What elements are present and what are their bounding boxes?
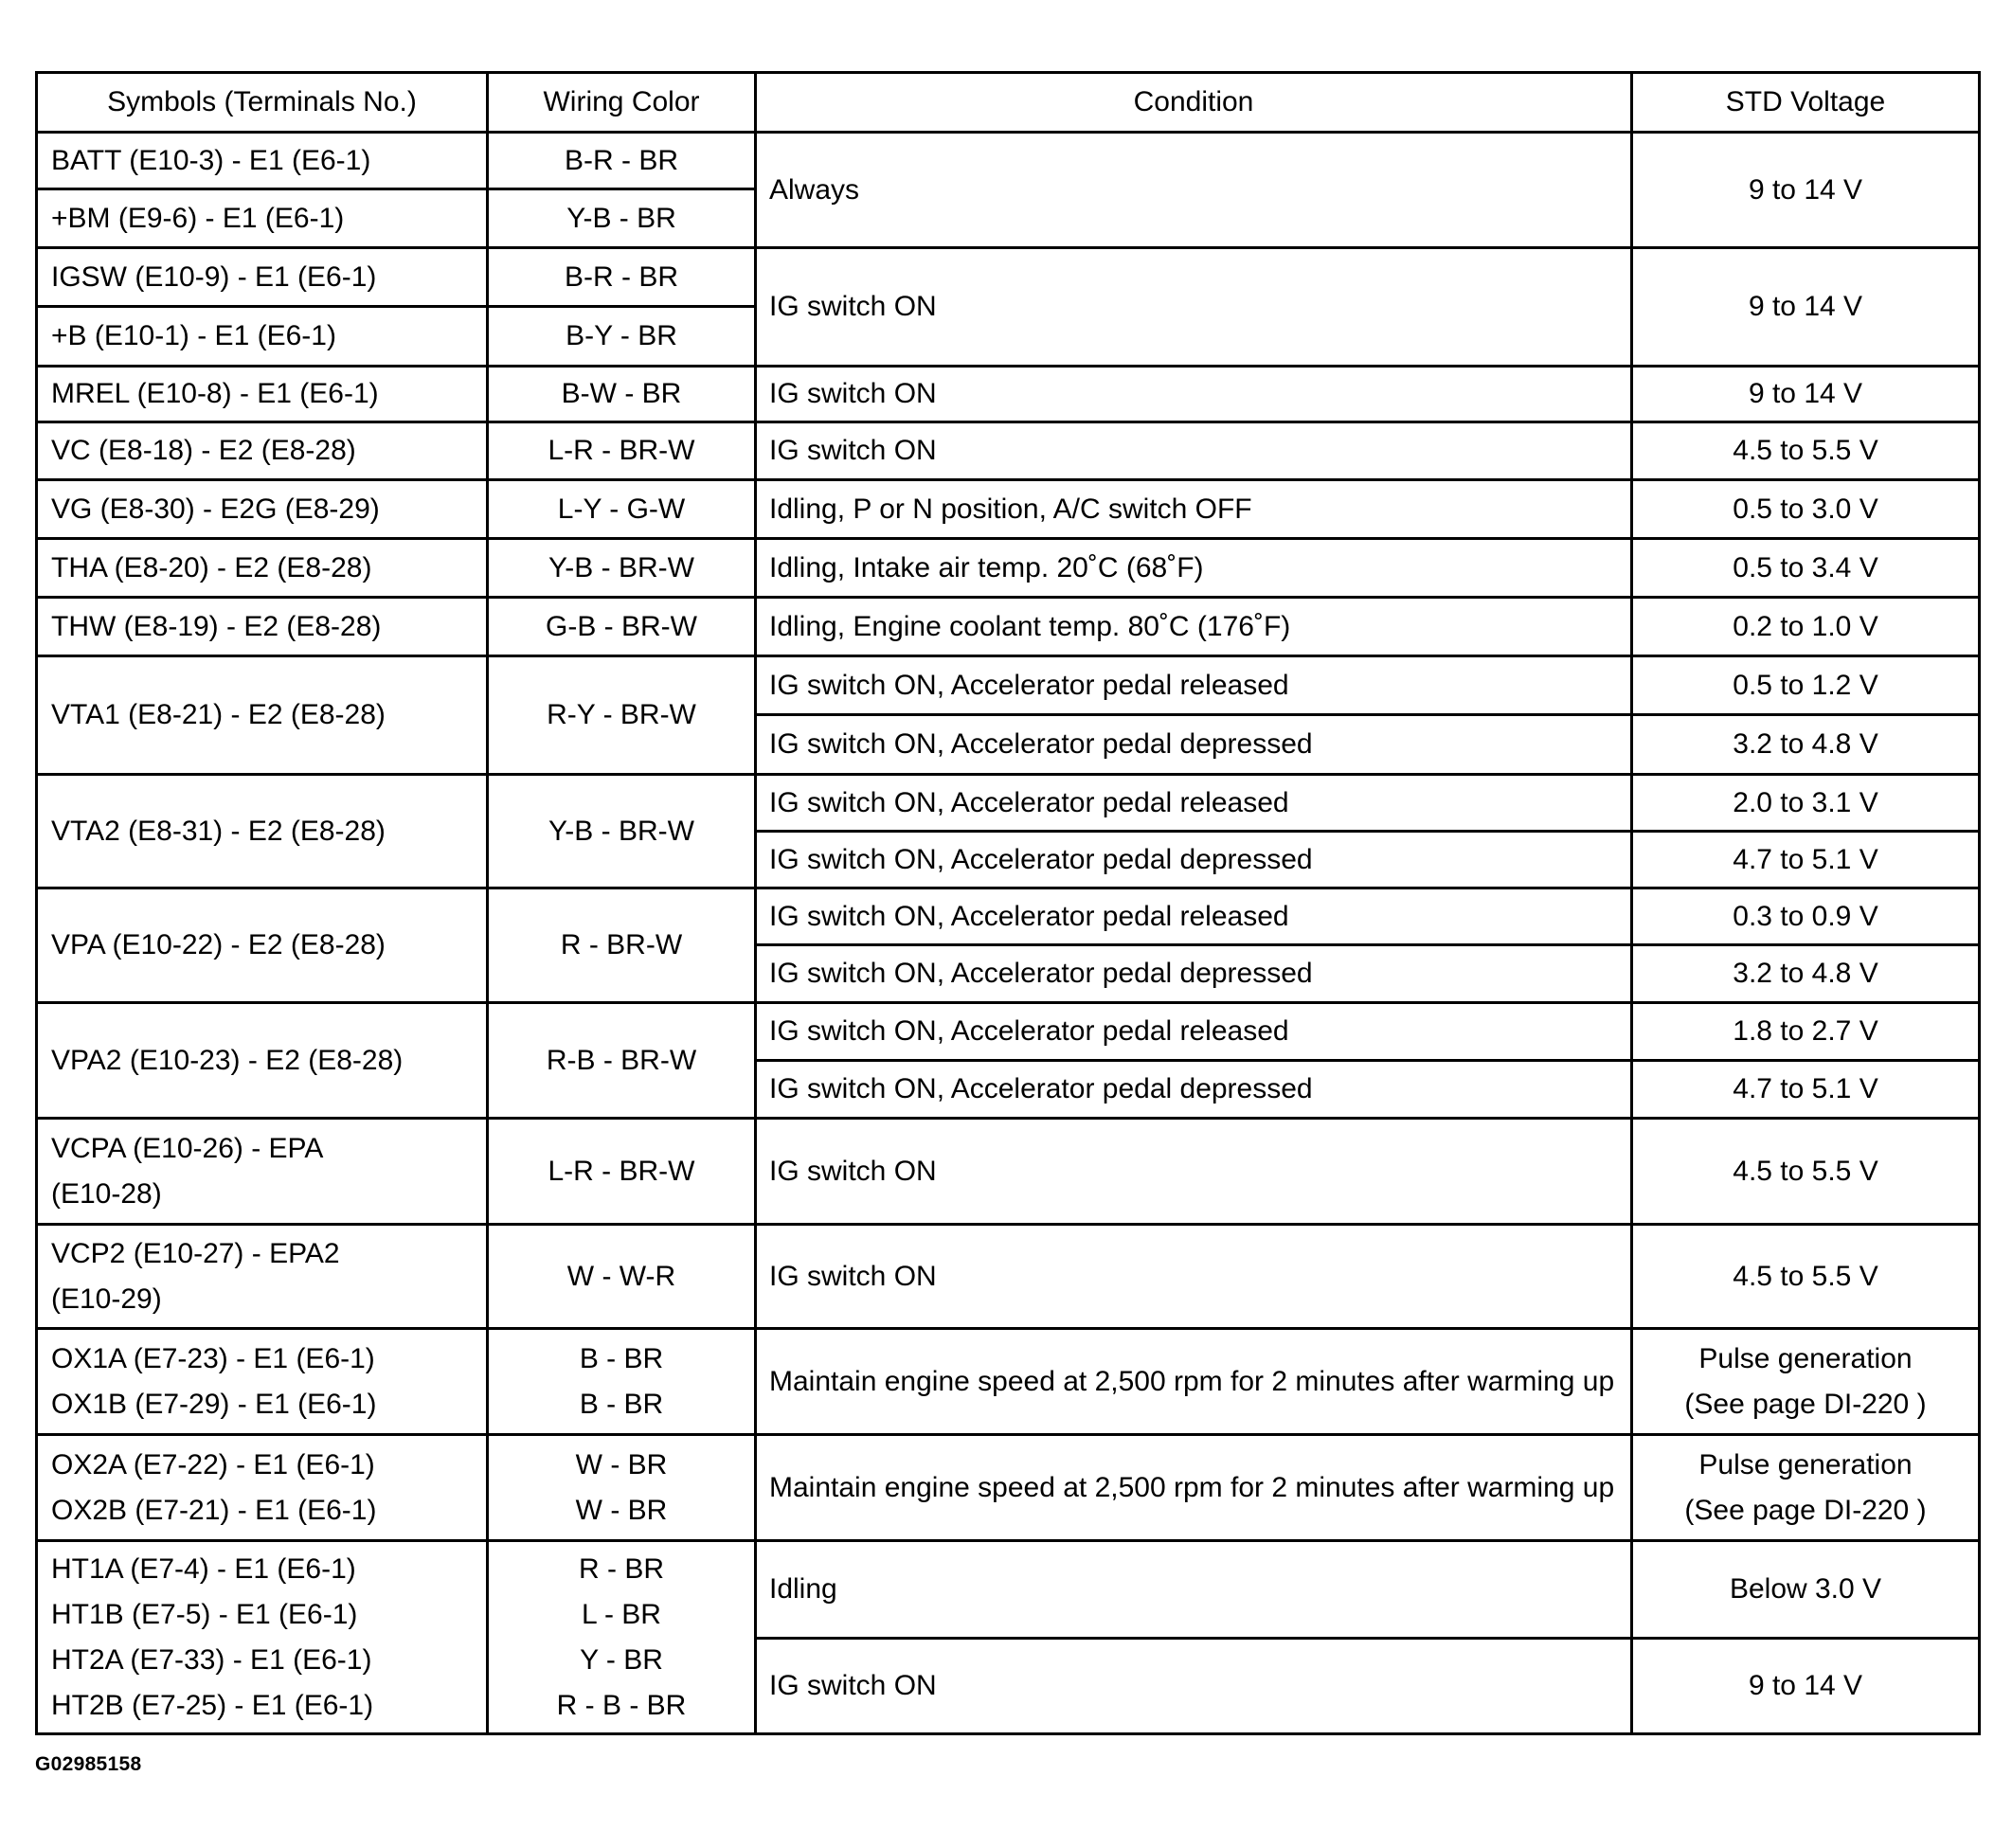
- voltage-line: 4.5 to 5.5 V: [1633, 1149, 1978, 1194]
- terminal-symbol: OX1A (E7-23) - E1 (E6-1)OX1B (E7-29) - E…: [37, 1329, 488, 1435]
- wiring-color: R - BRL - BRY - BRR - B - BR: [488, 1541, 756, 1734]
- condition: IG switch ON: [756, 1119, 1632, 1225]
- condition: IG switch ON, Accelerator pedal released: [756, 656, 1632, 715]
- std-voltage: Below 3.0 V: [1632, 1541, 1980, 1639]
- condition: Idling: [756, 1541, 1632, 1639]
- wiring-line: R - B - BR: [489, 1683, 754, 1729]
- symbol-line: HT2A (E7-33) - E1 (E6-1): [51, 1638, 486, 1683]
- std-voltage: 2.0 to 3.1 V: [1632, 775, 1980, 832]
- symbol-line: +B (E10-1) - E1 (E6-1): [51, 314, 486, 359]
- condition: IG switch ON: [756, 422, 1632, 480]
- terminal-symbol: THW (E8-19) - E2 (E8-28): [37, 598, 488, 656]
- std-voltage: 1.8 to 2.7 V: [1632, 1003, 1980, 1061]
- condition: IG switch ON: [756, 1225, 1632, 1329]
- symbol-line: VCPA (E10-26) - EPA: [51, 1126, 486, 1172]
- terminal-symbol: HT1A (E7-4) - E1 (E6-1)HT1B (E7-5) - E1 …: [37, 1541, 488, 1734]
- condition: Maintain engine speed at 2,500 rpm for 2…: [756, 1435, 1632, 1541]
- table-row: VCP2 (E10-27) - EPA2(E10-29)W - W-RIG sw…: [37, 1225, 1980, 1329]
- std-voltage: 9 to 14 V: [1632, 367, 1980, 422]
- terminal-symbol: +B (E10-1) - E1 (E6-1): [37, 307, 488, 367]
- terminal-symbol: BATT (E10-3) - E1 (E6-1): [37, 133, 488, 189]
- condition: IG switch ON: [756, 367, 1632, 422]
- symbol-line: IGSW (E10-9) - E1 (E6-1): [51, 255, 486, 300]
- symbol-line: VCP2 (E10-27) - EPA2: [51, 1231, 486, 1277]
- voltage-line: Pulse generation: [1633, 1337, 1978, 1382]
- voltage-line: 4.5 to 5.5 V: [1633, 428, 1978, 474]
- voltage-line: 9 to 14 V: [1633, 1663, 1978, 1709]
- symbol-line: OX2A (E7-22) - E1 (E6-1): [51, 1443, 486, 1488]
- terminal-symbol: VTA1 (E8-21) - E2 (E8-28): [37, 656, 488, 775]
- terminal-symbol: OX2A (E7-22) - E1 (E6-1)OX2B (E7-21) - E…: [37, 1435, 488, 1541]
- voltage-line: Pulse generation: [1633, 1443, 1978, 1488]
- std-voltage: 4.5 to 5.5 V: [1632, 1119, 1980, 1225]
- voltage-line: 0.3 to 0.9 V: [1633, 894, 1978, 940]
- symbol-line: (E10-29): [51, 1277, 486, 1322]
- table-row: VG (E8-30) - E2G (E8-29)L-Y - G-WIdling,…: [37, 480, 1980, 539]
- wiring-line: B-Y - BR: [489, 314, 754, 359]
- terminal-symbol: THA (E8-20) - E2 (E8-28): [37, 539, 488, 598]
- voltage-line: 9 to 14 V: [1633, 284, 1978, 330]
- condition: IG switch ON: [756, 1639, 1632, 1734]
- std-voltage: 9 to 14 V: [1632, 248, 1980, 367]
- wiring-color: W - BRW - BR: [488, 1435, 756, 1541]
- symbol-line: HT1A (E7-4) - E1 (E6-1): [51, 1547, 486, 1592]
- voltage-line: 3.2 to 4.8 V: [1633, 951, 1978, 996]
- symbol-line: HT2B (E7-25) - E1 (E6-1): [51, 1683, 486, 1729]
- wiring-color: B-R - BR: [488, 248, 756, 307]
- std-voltage: 3.2 to 4.8 V: [1632, 715, 1980, 775]
- wiring-line: B-R - BR: [489, 138, 754, 184]
- wiring-line: R - BR: [489, 1547, 754, 1592]
- wiring-line: Y - BR: [489, 1638, 754, 1683]
- wiring-line: G-B - BR-W: [489, 604, 754, 650]
- table-row: MREL (E10-8) - E1 (E6-1)B-W - BRIG switc…: [37, 367, 1980, 422]
- figure-id: G02985158: [35, 1753, 141, 1776]
- voltage-line: 0.5 to 3.0 V: [1633, 487, 1978, 532]
- std-voltage: 0.5 to 3.4 V: [1632, 539, 1980, 598]
- terminal-symbol: VC (E8-18) - E2 (E8-28): [37, 422, 488, 480]
- condition: IG switch ON, Accelerator pedal released: [756, 1003, 1632, 1061]
- symbol-line: VPA2 (E10-23) - E2 (E8-28): [51, 1038, 486, 1084]
- condition: IG switch ON, Accelerator pedal depresse…: [756, 832, 1632, 888]
- header-wiring-color: Wiring Color: [488, 73, 756, 133]
- wiring-color: B-Y - BR: [488, 307, 756, 367]
- symbol-line: VTA1 (E8-21) - E2 (E8-28): [51, 692, 486, 738]
- table-row: OX2A (E7-22) - E1 (E6-1)OX2B (E7-21) - E…: [37, 1435, 1980, 1541]
- std-voltage: 4.7 to 5.1 V: [1632, 832, 1980, 888]
- condition: IG switch ON, Accelerator pedal released: [756, 888, 1632, 945]
- std-voltage: 0.5 to 1.2 V: [1632, 656, 1980, 715]
- wiring-color: R - BR-W: [488, 888, 756, 1003]
- std-voltage: Pulse generation(See page DI-220 ): [1632, 1435, 1980, 1541]
- wiring-color: B-R - BR: [488, 133, 756, 189]
- symbol-line: BATT (E10-3) - E1 (E6-1): [51, 138, 486, 184]
- wiring-color: Y-B - BR-W: [488, 539, 756, 598]
- wiring-color: Y-B - BR-W: [488, 775, 756, 888]
- voltage-line: 2.0 to 3.1 V: [1633, 780, 1978, 826]
- condition: IG switch ON, Accelerator pedal depresse…: [756, 715, 1632, 775]
- wiring-line: Y-B - BR: [489, 196, 754, 242]
- voltage-line: 0.2 to 1.0 V: [1633, 604, 1978, 650]
- wiring-color: R-B - BR-W: [488, 1003, 756, 1119]
- voltage-line: (See page DI-220 ): [1633, 1382, 1978, 1427]
- symbol-line: THW (E8-19) - E2 (E8-28): [51, 604, 486, 650]
- table-row: IGSW (E10-9) - E1 (E6-1)B-R - BRIG switc…: [37, 248, 1980, 307]
- terminal-symbol: IGSW (E10-9) - E1 (E6-1): [37, 248, 488, 307]
- table-header-row: Symbols (Terminals No.) Wiring Color Con…: [37, 73, 1980, 133]
- table-row: VC (E8-18) - E2 (E8-28)L-R - BR-WIG swit…: [37, 422, 1980, 480]
- wiring-color: Y-B - BR: [488, 189, 756, 248]
- wiring-line: L-R - BR-W: [489, 428, 754, 474]
- terminal-symbol: VPA (E10-22) - E2 (E8-28): [37, 888, 488, 1003]
- condition: IG switch ON, Accelerator pedal depresse…: [756, 945, 1632, 1003]
- symbol-line: MREL (E10-8) - E1 (E6-1): [51, 371, 486, 417]
- std-voltage: 0.3 to 0.9 V: [1632, 888, 1980, 945]
- terminal-voltage-table-container: Symbols (Terminals No.) Wiring Color Con…: [35, 71, 1981, 1735]
- symbol-line: OX2B (E7-21) - E1 (E6-1): [51, 1488, 486, 1534]
- wiring-line: R - BR-W: [489, 923, 754, 968]
- std-voltage: 3.2 to 4.8 V: [1632, 945, 1980, 1003]
- wiring-line: W - BR: [489, 1443, 754, 1488]
- symbol-line: VTA2 (E8-31) - E2 (E8-28): [51, 809, 486, 854]
- voltage-line: 4.5 to 5.5 V: [1633, 1254, 1978, 1300]
- terminal-voltage-table: Symbols (Terminals No.) Wiring Color Con…: [35, 71, 1981, 1735]
- header-std-voltage: STD Voltage: [1632, 73, 1980, 133]
- table-body: BATT (E10-3) - E1 (E6-1)B-R - BRAlways9 …: [37, 133, 1980, 1734]
- std-voltage: 9 to 14 V: [1632, 1639, 1980, 1734]
- symbol-line: +BM (E9-6) - E1 (E6-1): [51, 196, 486, 242]
- condition: Maintain engine speed at 2,500 rpm for 2…: [756, 1329, 1632, 1435]
- table-row: THW (E8-19) - E2 (E8-28)G-B - BR-WIdling…: [37, 598, 1980, 656]
- symbol-line: OX1B (E7-29) - E1 (E6-1): [51, 1382, 486, 1427]
- wiring-line: W - BR: [489, 1488, 754, 1534]
- table-row: HT1A (E7-4) - E1 (E6-1)HT1B (E7-5) - E1 …: [37, 1541, 1980, 1639]
- condition: IG switch ON, Accelerator pedal released: [756, 775, 1632, 832]
- header-condition: Condition: [756, 73, 1632, 133]
- terminal-symbol: VTA2 (E8-31) - E2 (E8-28): [37, 775, 488, 888]
- std-voltage: 0.2 to 1.0 V: [1632, 598, 1980, 656]
- condition: IG switch ON, Accelerator pedal depresse…: [756, 1061, 1632, 1119]
- voltage-line: 0.5 to 1.2 V: [1633, 663, 1978, 709]
- wiring-line: B-W - BR: [489, 371, 754, 417]
- wiring-line: R-B - BR-W: [489, 1038, 754, 1084]
- wiring-color: W - W-R: [488, 1225, 756, 1329]
- std-voltage: Pulse generation(See page DI-220 ): [1632, 1329, 1980, 1435]
- terminal-symbol: VPA2 (E10-23) - E2 (E8-28): [37, 1003, 488, 1119]
- table-row: VCPA (E10-26) - EPA(E10-28)L-R - BR-WIG …: [37, 1119, 1980, 1225]
- symbol-line: THA (E8-20) - E2 (E8-28): [51, 546, 486, 591]
- terminal-symbol: VCP2 (E10-27) - EPA2(E10-29): [37, 1225, 488, 1329]
- std-voltage: 4.5 to 5.5 V: [1632, 422, 1980, 480]
- table-row: THA (E8-20) - E2 (E8-28)Y-B - BR-WIdling…: [37, 539, 1980, 598]
- std-voltage: 9 to 14 V: [1632, 133, 1980, 248]
- voltage-line: 0.5 to 3.4 V: [1633, 546, 1978, 591]
- symbol-line: HT1B (E7-5) - E1 (E6-1): [51, 1592, 486, 1638]
- condition: Idling, Intake air temp. 20˚C (68˚F): [756, 539, 1632, 598]
- wiring-line: B - BR: [489, 1382, 754, 1427]
- std-voltage: 4.5 to 5.5 V: [1632, 1225, 1980, 1329]
- condition: Always: [756, 133, 1632, 248]
- condition: Idling, P or N position, A/C switch OFF: [756, 480, 1632, 539]
- voltage-line: Below 3.0 V: [1633, 1567, 1978, 1612]
- wiring-color: B-W - BR: [488, 367, 756, 422]
- voltage-line: 4.7 to 5.1 V: [1633, 837, 1978, 883]
- header-symbols: Symbols (Terminals No.): [37, 73, 488, 133]
- wiring-color: L-R - BR-W: [488, 1119, 756, 1225]
- symbol-line: VPA (E10-22) - E2 (E8-28): [51, 923, 486, 968]
- table-row: VPA2 (E10-23) - E2 (E8-28)R-B - BR-WIG s…: [37, 1003, 1980, 1061]
- table-row: OX1A (E7-23) - E1 (E6-1)OX1B (E7-29) - E…: [37, 1329, 1980, 1435]
- voltage-line: (See page DI-220 ): [1633, 1488, 1978, 1534]
- std-voltage: 0.5 to 3.0 V: [1632, 480, 1980, 539]
- terminal-symbol: VG (E8-30) - E2G (E8-29): [37, 480, 488, 539]
- condition: IG switch ON: [756, 248, 1632, 367]
- wiring-line: B-R - BR: [489, 255, 754, 300]
- table-row: BATT (E10-3) - E1 (E6-1)B-R - BRAlways9 …: [37, 133, 1980, 189]
- wiring-line: Y-B - BR-W: [489, 809, 754, 854]
- voltage-line: 9 to 14 V: [1633, 168, 1978, 213]
- terminal-symbol: VCPA (E10-26) - EPA(E10-28): [37, 1119, 488, 1225]
- symbol-line: VC (E8-18) - E2 (E8-28): [51, 428, 486, 474]
- symbol-line: OX1A (E7-23) - E1 (E6-1): [51, 1337, 486, 1382]
- wiring-line: Y-B - BR-W: [489, 546, 754, 591]
- wiring-line: W - W-R: [489, 1254, 754, 1300]
- wiring-color: L-R - BR-W: [488, 422, 756, 480]
- std-voltage: 4.7 to 5.1 V: [1632, 1061, 1980, 1119]
- wiring-line: L - BR: [489, 1592, 754, 1638]
- wiring-color: L-Y - G-W: [488, 480, 756, 539]
- voltage-line: 3.2 to 4.8 V: [1633, 722, 1978, 767]
- voltage-line: 4.7 to 5.1 V: [1633, 1067, 1978, 1112]
- voltage-line: 1.8 to 2.7 V: [1633, 1009, 1978, 1054]
- table-row: VPA (E10-22) - E2 (E8-28)R - BR-WIG swit…: [37, 888, 1980, 945]
- table-row: VTA2 (E8-31) - E2 (E8-28)Y-B - BR-WIG sw…: [37, 775, 1980, 832]
- symbol-line: VG (E8-30) - E2G (E8-29): [51, 487, 486, 532]
- wiring-line: L-R - BR-W: [489, 1149, 754, 1194]
- wiring-color: R-Y - BR-W: [488, 656, 756, 775]
- voltage-line: 9 to 14 V: [1633, 371, 1978, 417]
- terminal-symbol: +BM (E9-6) - E1 (E6-1): [37, 189, 488, 248]
- wiring-line: R-Y - BR-W: [489, 692, 754, 738]
- wiring-line: B - BR: [489, 1337, 754, 1382]
- wiring-color: G-B - BR-W: [488, 598, 756, 656]
- wiring-line: L-Y - G-W: [489, 487, 754, 532]
- terminal-symbol: MREL (E10-8) - E1 (E6-1): [37, 367, 488, 422]
- table-row: VTA1 (E8-21) - E2 (E8-28)R-Y - BR-WIG sw…: [37, 656, 1980, 715]
- symbol-line: (E10-28): [51, 1172, 486, 1217]
- wiring-color: B - BRB - BR: [488, 1329, 756, 1435]
- condition: Idling, Engine coolant temp. 80˚C (176˚F…: [756, 598, 1632, 656]
